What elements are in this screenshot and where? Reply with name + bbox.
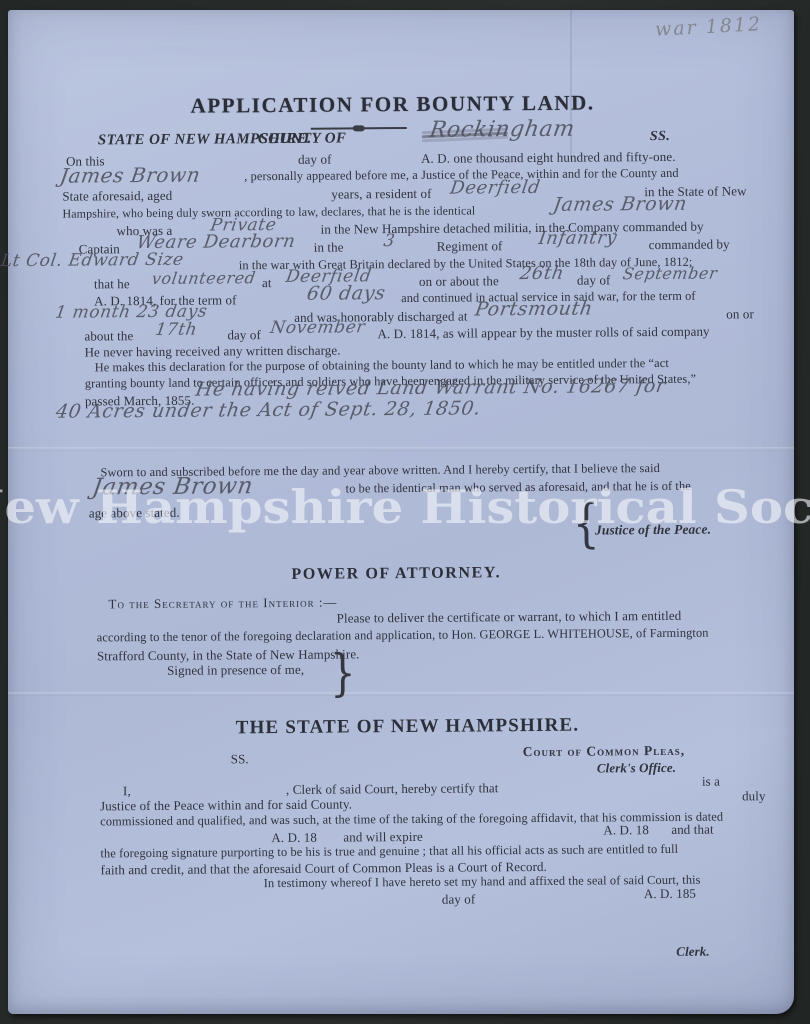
duly-label: duly: [742, 788, 766, 804]
discharge-month-handwritten: November: [269, 317, 367, 338]
form-title: APPLICATION FOR BOUNTY LAND.: [8, 89, 778, 120]
on-or-label: on or: [726, 306, 754, 322]
court-heading: THE STATE OF NEW HAMPSHIRE.: [22, 713, 792, 741]
is-a-label: is a: [702, 774, 720, 790]
about-the-label: about the: [84, 328, 133, 344]
commanded-by-label: commanded by: [649, 236, 730, 253]
court-name-label: Court of Common Pleas,: [523, 743, 686, 760]
and-that-label: and that: [671, 822, 713, 838]
county-of-label: COUNTY OF: [258, 130, 347, 148]
regiment-of-label: Regiment of: [437, 238, 503, 255]
enlist-action-handwritten: volunteered: [151, 268, 258, 288]
discharge-day-handwritten: 17th: [154, 320, 199, 340]
ad-18-second-label: A. D. 18: [603, 822, 649, 838]
clerk-certify-text: , Clerk of said Court, hereby certify th…: [286, 780, 499, 798]
watermark: New Hampshire Historical Society: [0, 480, 810, 534]
applicant-name-handwritten: James Brown: [58, 163, 202, 188]
scanned-document: war 1812 APPLICATION FOR BOUNTY LAND. ST…: [0, 0, 810, 1024]
to-secretary-label: To the Secretary of the Interior :—: [108, 595, 337, 613]
clerks-office-label: Clerk's Office.: [597, 760, 676, 777]
militia-text: in the New Hampshire detached militia, i…: [321, 219, 704, 238]
i-label: I,: [123, 783, 131, 799]
court-ss-label: SS.: [231, 751, 249, 767]
at-label: at: [262, 275, 272, 291]
enlist-day-handwritten: 26th: [518, 263, 565, 284]
that-he-label: that he: [94, 276, 130, 292]
regiment-number-handwritten: 3: [382, 231, 396, 251]
county-handwritten: Rockingham: [428, 117, 577, 143]
day-of-label-2: day of: [577, 272, 611, 288]
ad-185-label: A. D. 185: [644, 886, 696, 902]
warrant-note-handwritten-2: 40 Acres under the Act of Sept. 28, 1850…: [54, 397, 482, 422]
identical-name-handwritten: James Brown: [552, 193, 689, 216]
deliver-text-1: Please to deliver the certificate or war…: [337, 608, 682, 627]
testimony-text: In testimony whereof I have hereto set m…: [264, 873, 701, 891]
ss-label: SS.: [650, 129, 670, 145]
day-of-label-4: day of: [442, 891, 476, 907]
resident-of-label: years, a resident of: [331, 186, 431, 203]
discharge-place-handwritten: Portsmouth: [474, 298, 595, 321]
ad-18-first-label: A. D. 18: [271, 830, 317, 846]
muster-rolls-text: A. D. 1814, as will appear by the muster…: [377, 324, 709, 343]
residence-handwritten: Deerfield: [449, 177, 542, 199]
genuine-text-1: the foregoing signature purporting to be…: [100, 842, 678, 862]
power-of-attorney-heading: POWER OF ATTORNEY.: [11, 562, 781, 586]
printed-year: A. D. one thousand eight hundred and fif…: [421, 149, 676, 167]
in-the-label: in the: [314, 239, 344, 255]
on-or-about-label: on or about the: [419, 273, 499, 290]
justice-county-text: Justice of the Peace within and for said…: [100, 796, 352, 814]
day-of-label: day of: [298, 152, 332, 168]
term-handwritten: 60 days: [305, 282, 387, 305]
day-of-label-3: day of: [227, 327, 261, 343]
signed-presence-label: Signed in presence of me,: [167, 662, 304, 679]
branch-handwritten: Infantry: [537, 227, 619, 249]
aged-label: State aforesaid, aged: [62, 188, 172, 205]
clerk-signature-label: Clerk.: [676, 944, 710, 960]
witness-brace: }: [330, 645, 356, 703]
deliver-text-2: according to the tenor of the foregoing …: [97, 626, 709, 646]
title-rule: [311, 127, 407, 130]
enlist-month-handwritten: September: [622, 264, 719, 284]
